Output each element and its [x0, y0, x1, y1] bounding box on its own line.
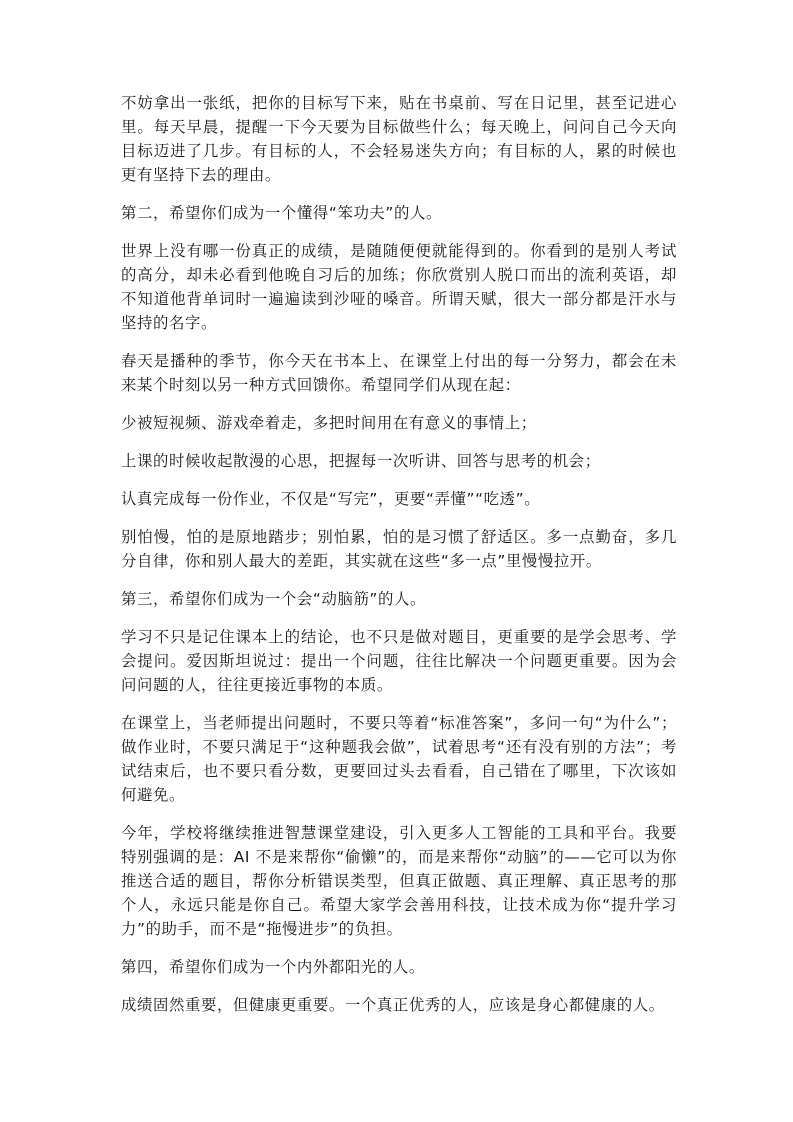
- list-item-focus-in-class: 上课的时候收起散漫的心思，把握每一次听讲、回答与思考的机会；: [121, 449, 677, 473]
- heading-point-two: 第二，希望你们成为一个懂得“笨功夫”的人。: [121, 201, 677, 225]
- paragraph-health-matters: 成绩固然重要，但健康更重要。一个真正优秀的人，应该是身心都健康的人。: [121, 993, 677, 1017]
- paragraph-no-easy-success: 世界上没有哪一份真正的成绩，是随随便便就能得到的。你看到的是别人考试的高分，却未…: [121, 239, 677, 335]
- document-page: 不妨拿出一张纸，把你的目标写下来，贴在书桌前、写在日记里，甚至记进心里。每天早晨…: [121, 91, 677, 1031]
- paragraph-dont-fear-slow: 别怕慢，怕的是原地踏步；别怕累，怕的是习惯了舒适区。多一点勤奋，多几分自律，你和…: [121, 525, 677, 573]
- paragraph-spring-sowing: 春天是播种的季节，你今天在书本上、在课堂上付出的每一分努力，都会在未来某个时刻以…: [121, 349, 677, 397]
- paragraph-smart-classroom-ai: 今年，学校将继续推进智慧课堂建设，引入更多人工智能的工具和平台。我要特别强调的是…: [121, 821, 677, 941]
- paragraph-in-class-questions: 在课堂上，当老师提出问题时，不要只等着“标准答案”，多问一句“为什么”；做作业时…: [121, 711, 677, 807]
- list-item-less-short-video: 少被短视频、游戏牵着走，多把时间用在有意义的事情上；: [121, 411, 677, 435]
- list-item-homework: 认真完成每一份作业，不仅是“写完”，更要“弄懂”“吃透”。: [121, 487, 677, 511]
- paragraph-learn-to-think: 学习不只是记住课本上的结论，也不只是做对题目，更重要的是学会思考、学会提问。爱因…: [121, 625, 677, 697]
- paragraph-goal-writing: 不妨拿出一张纸，把你的目标写下来，贴在书桌前、写在日记里，甚至记进心里。每天早晨…: [121, 91, 677, 187]
- heading-point-four: 第四，希望你们成为一个内外都阳光的人。: [121, 955, 677, 979]
- heading-point-three: 第三，希望你们成为一个会“动脑筋”的人。: [121, 587, 677, 611]
